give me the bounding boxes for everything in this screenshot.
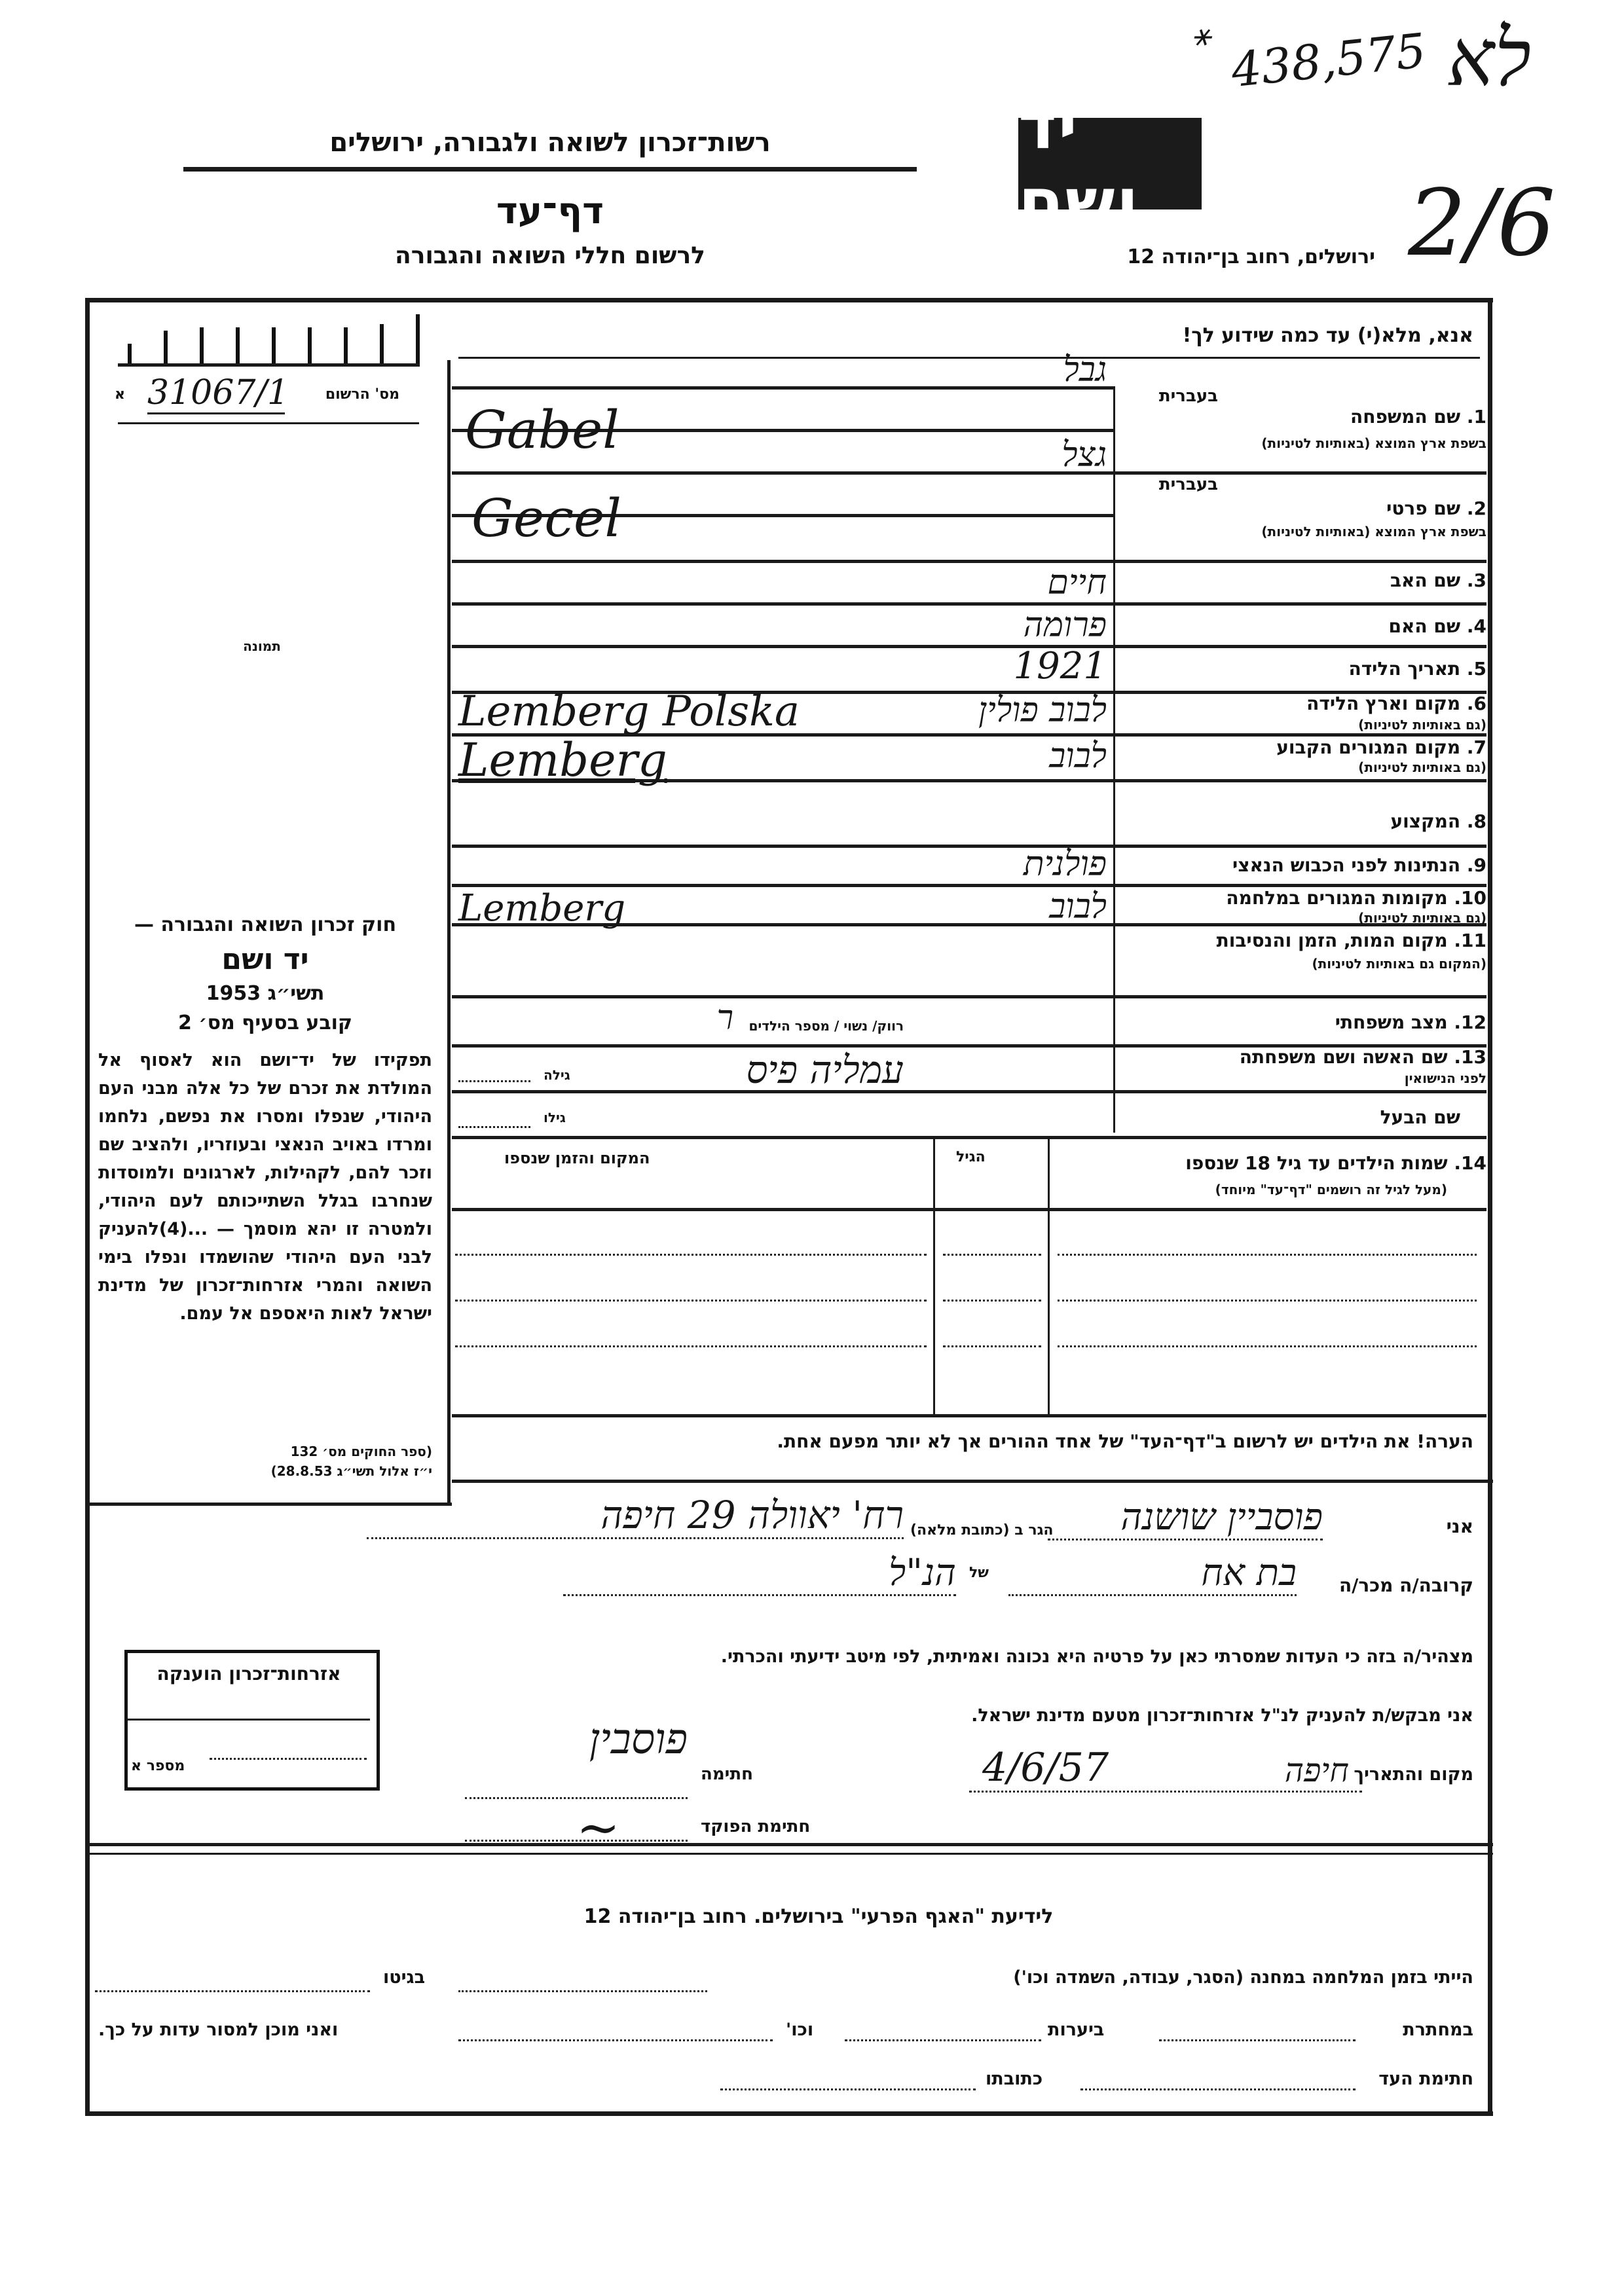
- yad-vashem-logo: יד ושם: [1018, 118, 1202, 210]
- field-1-value-hebrew[interactable]: גבל: [851, 350, 1107, 390]
- field-1-hebrew-tag: בעברית: [1159, 386, 1218, 406]
- field-10-label: 10. מקומות המגורים במלחמה: [1226, 887, 1486, 909]
- children-label: 14. שמות הילדים עד גיל 18 שנספו: [1185, 1152, 1486, 1174]
- children-row-line[interactable]: [455, 1254, 927, 1256]
- field-2-label: 2. שם פרטי: [1386, 498, 1486, 519]
- declarant-address[interactable]: רח' יאוולה 29 חיפה: [367, 1493, 904, 1539]
- field-10-value-latin[interactable]: Lemberg: [458, 887, 625, 930]
- field-5-value[interactable]: 1921: [851, 645, 1107, 687]
- children-row-line[interactable]: [455, 1345, 927, 1347]
- page-subtitle: לרשום חללי השואה והגבורה: [183, 242, 917, 269]
- field-6-value-latin[interactable]: Lemberg Polska: [458, 687, 800, 736]
- star-mark: ⚹: [1192, 16, 1211, 54]
- field-7-value-latin[interactable]: Lemberg: [458, 733, 667, 787]
- children-col-place: המקום והזמן שנספו: [504, 1149, 650, 1167]
- witness-address-field[interactable]: [720, 2088, 976, 2090]
- declaration-request: אני מבקש/ת להעניק לנ"ל אזרחות־זכרון מטעם…: [971, 1705, 1473, 1726]
- relation-value[interactable]: בת אח: [1008, 1552, 1297, 1596]
- field-12-value[interactable]: ר: [655, 998, 733, 1038]
- resides-label: הגר ב (כתובת מלאה): [910, 1522, 1054, 1539]
- form-left-border: [85, 298, 90, 2115]
- law-reference-2: י״ז אלול תשי״ג 28.8.53): [98, 1463, 432, 1479]
- law-section: קובע בסעיף מס׳ 2: [98, 1011, 432, 1034]
- declaration-i-label: אני: [1447, 1516, 1473, 1537]
- field-12-label: 12. מצב משפחתי: [1335, 1011, 1486, 1033]
- field-3-value[interactable]: חיים: [851, 563, 1107, 602]
- field-2-value-latin[interactable]: Gecel: [471, 488, 621, 549]
- field-7-sub: (גם באותיות לטיניות): [1358, 759, 1486, 775]
- camp-field[interactable]: [458, 1990, 707, 1992]
- of-label: של: [969, 1565, 989, 1581]
- children-sub: (מעל לגיל זה רושמים "דף־עד" מיוחד): [1215, 1182, 1447, 1197]
- signature-value[interactable]: פוסבין: [537, 1715, 688, 1764]
- registry-suffix: א: [115, 386, 125, 403]
- forests-field[interactable]: [845, 2039, 1041, 2041]
- witness-signature-field[interactable]: [1080, 2088, 1356, 2090]
- registry-number[interactable]: 31067/1: [147, 373, 285, 414]
- page-title: דף־עד: [183, 190, 917, 232]
- ruler-base: [118, 363, 419, 367]
- bottom-forests-label: ביערות: [1048, 2020, 1104, 2040]
- of-value[interactable]: הנ"ל: [563, 1552, 956, 1596]
- field-13-sub: לפני הנישואין: [1405, 1070, 1486, 1086]
- children-col-divider-1: [1048, 1139, 1050, 1414]
- bottom-notice: לידיעת "האגף הפרעי" בירושלים. רחוב בן־יה…: [458, 1905, 1179, 1928]
- form-bottom-border: [85, 2111, 1493, 2116]
- field-8-label: 8. המקצוע: [1390, 811, 1486, 832]
- law-name: יד ושם: [98, 943, 432, 976]
- law-reference-1: (ספר החוקים מס׳ 132: [98, 1444, 432, 1459]
- children-col-age: הגיל: [956, 1149, 986, 1165]
- field-2-sub: בשפת ארץ המוצא (באותיות לטיניות): [1261, 524, 1486, 539]
- husband-age-label: גילו: [544, 1110, 566, 1125]
- husband-name-label: שם הבעל: [1380, 1106, 1460, 1128]
- signature-label: חתימה: [701, 1764, 753, 1784]
- place-date-label: מקום והתאריך: [1354, 1764, 1473, 1785]
- wife-age-label: גילה: [544, 1067, 570, 1083]
- field-1-label: 1. שם המשפחה: [1350, 406, 1486, 428]
- field-4-label: 4. שם האם: [1389, 615, 1486, 637]
- field-4-value[interactable]: פרומה: [851, 606, 1107, 645]
- note-text: הערה! את הילדים יש לרשום ב"דף־העד" של אח…: [777, 1430, 1473, 1452]
- law-text: תפקידו של יד־ושם הוא לאסוף אל המולדת את …: [98, 1046, 432, 1328]
- underground-field[interactable]: [1159, 2039, 1356, 2041]
- left-panel-divider: [447, 360, 451, 1506]
- law-year: תשי״ג 1953: [98, 982, 432, 1005]
- label-column-divider: [1113, 386, 1115, 1133]
- photo-label: תמונה: [229, 638, 295, 654]
- corner-mark: לא: [1447, 13, 1531, 104]
- field-9-label: 9. הנתינות לפני הכבוש הנאצי: [1232, 854, 1486, 876]
- field-6-value-hebrew[interactable]: לבוב פולין: [786, 691, 1107, 730]
- field-6-label: 6. מקום וארץ הלידה: [1306, 693, 1486, 714]
- header-address: ירושלים, רחוב בן־יהודה 12: [1022, 246, 1375, 268]
- field-6-sub: (גם באותיות לטיניות): [1358, 717, 1486, 733]
- field-11-sub: (המקום גם באותיות לטיניות): [1312, 956, 1486, 972]
- registry-label: מס' הרשום: [288, 386, 399, 403]
- official-signature-value[interactable]: ~: [576, 1797, 620, 1858]
- field-5-label: 5. תאריך הלידה: [1348, 658, 1486, 680]
- bottom-ghetto-label: בגיטו: [383, 1967, 425, 1988]
- place-value[interactable]: חיפה: [1244, 1751, 1349, 1789]
- etc-field[interactable]: [458, 2039, 773, 2041]
- field-2-hebrew-tag: בעברית: [1159, 475, 1218, 494]
- law-title: חוק זכרון השואה והגבורה —: [98, 913, 432, 936]
- field-10-value-hebrew[interactable]: לבוב: [851, 887, 1107, 926]
- bottom-underground-label: במחתרת: [1403, 2020, 1473, 2040]
- ghetto-field[interactable]: [95, 1990, 370, 1992]
- header-rule: [183, 167, 917, 172]
- instructions: אנא, מלא(י) עד כמה שידוע לך!: [1183, 324, 1473, 347]
- witness-address-label: כתובתו: [986, 2069, 1043, 2089]
- archive-number: 438,575: [1228, 23, 1428, 98]
- page-fraction: 2/6: [1408, 170, 1555, 277]
- field-7-value-hebrew[interactable]: לבוב: [851, 737, 1107, 776]
- children-col-divider-2: [933, 1139, 935, 1414]
- registry-rule: [118, 422, 419, 424]
- field-9-value[interactable]: פולנית: [851, 845, 1107, 884]
- bottom-line1-label: הייתי בזמן המלחמה במחנה (הסגר, עבודה, הש…: [1013, 1967, 1473, 1988]
- field-7-label: 7. מקום המגורים הקבוע: [1276, 737, 1486, 758]
- witness-signature-label: חתימת העד: [1378, 2069, 1473, 2089]
- form-top-border: [85, 298, 1493, 302]
- bottom-etc-label: וכו': [786, 2020, 813, 2040]
- authority-name: רשות־זכרון לשואה ולגבורה, ירושלים: [183, 128, 917, 158]
- declaration-statement: מצהיר/ה בזה כי העדות שמסרתי כאן על פרטיה…: [721, 1647, 1473, 1667]
- children-row-line[interactable]: [455, 1300, 927, 1302]
- field-13-value[interactable]: עמליה פיס: [622, 1048, 904, 1092]
- field-1-value-latin[interactable]: Gabel: [465, 399, 619, 460]
- field-10-sub: (גם באותיות לטיניות): [1358, 910, 1486, 926]
- field-11-label: 11. מקום המות, הזמן והנסיבות: [1217, 930, 1486, 951]
- declarant-name[interactable]: פוסביין שושנה: [1048, 1496, 1323, 1540]
- field-1-sub: בשפת ארץ המוצא (באותיות לטיניות): [1261, 435, 1486, 451]
- field-3-label: 3. שם האב: [1390, 570, 1486, 591]
- date-value[interactable]: 4/6/57: [982, 1745, 1109, 1791]
- relation-label: קרובה/ה מכר/ה: [1339, 1575, 1473, 1596]
- official-signature-label: חתימת הפוקד: [701, 1817, 810, 1836]
- bottom-willing-label: ואני מוכן למסור עדות על כך.: [98, 2020, 338, 2040]
- form-right-border: [1488, 298, 1492, 2115]
- stamp-box-title: אזרחות־זכרון הוענקה: [138, 1663, 360, 1685]
- field-13-label: 13. שם האשה ושם משפחתה: [1240, 1046, 1486, 1068]
- stamp-box-number-label: מספר א: [131, 1758, 185, 1774]
- field-2-value-hebrew[interactable]: גצל: [851, 435, 1107, 475]
- field-12-options: רווק/ נשוי / מספר הילדים: [748, 1018, 904, 1034]
